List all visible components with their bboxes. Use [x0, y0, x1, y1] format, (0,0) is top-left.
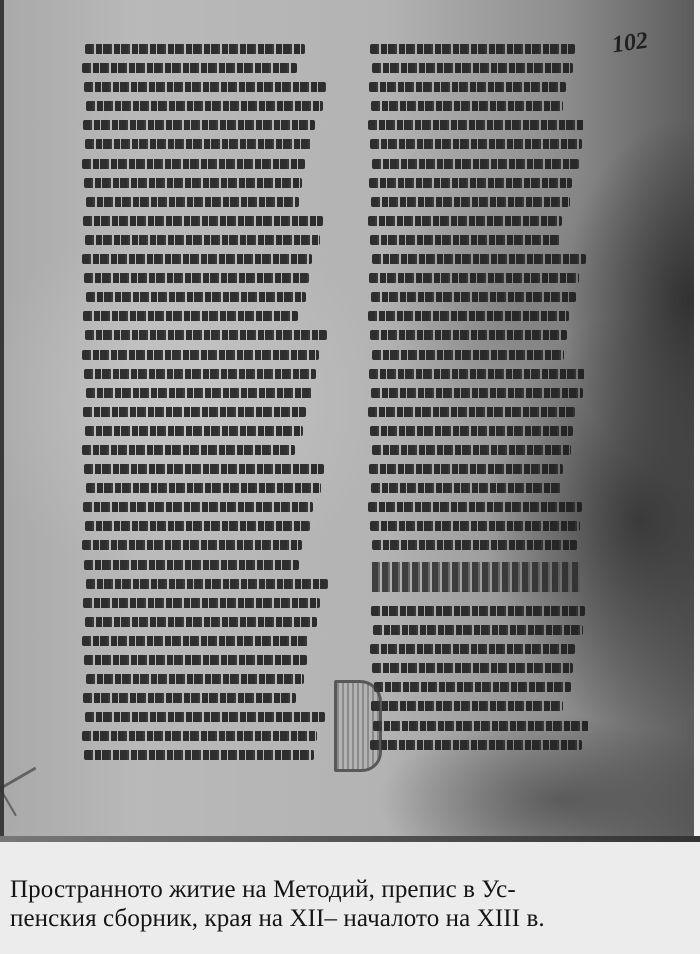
- folio-number: 102: [610, 28, 649, 60]
- manuscript-line: [368, 502, 582, 512]
- manuscript-photo: 102: [0, 0, 700, 842]
- manuscript-line: [85, 521, 310, 531]
- manuscript-line: [372, 63, 573, 73]
- manuscript-line: [368, 216, 562, 226]
- manuscript-line: [370, 426, 573, 436]
- photo-bottom-edge: [0, 836, 700, 842]
- manuscript-line: [85, 712, 325, 722]
- manuscript-line: [369, 464, 563, 474]
- manuscript-line: [82, 159, 305, 169]
- manuscript-line: [368, 311, 569, 321]
- manuscript-line: [86, 674, 304, 684]
- manuscript-line: [371, 292, 576, 302]
- photo-right-edge: [694, 0, 700, 842]
- manuscript-line: [83, 216, 323, 226]
- manuscript-line: [372, 254, 586, 264]
- manuscript-line: [374, 682, 571, 692]
- manuscript-line: [371, 101, 563, 111]
- manuscript-line: [83, 693, 296, 703]
- manuscript-line: [84, 178, 302, 188]
- figure-caption: Пространното житие на Методий, препис в …: [10, 875, 692, 933]
- manuscript-line: [368, 120, 584, 130]
- manuscript-line: [370, 139, 582, 149]
- manuscript-line: [372, 540, 577, 550]
- manuscript-line: [83, 598, 320, 608]
- manuscript-line: [372, 350, 564, 360]
- caption-line-1: Пространното житие на Методий, препис в …: [10, 875, 692, 904]
- manuscript-line: [370, 330, 567, 340]
- manuscript-line: [83, 502, 313, 512]
- manuscript-line: [85, 235, 320, 245]
- manuscript-line: [371, 388, 583, 398]
- manuscript-line: [82, 540, 302, 550]
- manuscript-line: [82, 63, 297, 73]
- manuscript-line: [368, 407, 575, 417]
- caption-line-2: пенския сборник, края на XII– началото н…: [10, 904, 692, 933]
- manuscript-line: [82, 636, 309, 646]
- right-text-column-bottom: [372, 606, 588, 759]
- manuscript-line: [373, 625, 583, 635]
- manuscript-line: [84, 369, 316, 379]
- manuscript-line: [372, 663, 573, 673]
- manuscript-line: [84, 273, 309, 283]
- manuscript-line: [369, 273, 579, 283]
- manuscript-line: [84, 82, 326, 92]
- manuscript-line: [370, 44, 575, 54]
- manuscript-line: [84, 750, 314, 760]
- manuscript-line: [371, 197, 570, 207]
- manuscript-line: [370, 235, 560, 245]
- manuscript-line: [85, 330, 327, 340]
- manuscript-line: [84, 464, 324, 474]
- manuscript-line: [86, 197, 299, 207]
- manuscript-line: [82, 254, 312, 264]
- manuscript-line: [85, 44, 305, 54]
- manuscript-line: [372, 159, 579, 169]
- decorated-initial-icon: [334, 680, 382, 772]
- manuscript-line: [82, 731, 317, 741]
- manuscript-line: [85, 139, 312, 149]
- manuscript-line: [85, 426, 303, 436]
- manuscript-line: [82, 350, 319, 360]
- manuscript-line: [83, 311, 298, 321]
- manuscript-line: [82, 445, 295, 455]
- manuscript-line: [370, 644, 575, 654]
- left-text-column: [84, 44, 326, 770]
- manuscript-line: [373, 721, 589, 731]
- manuscript-line: [369, 178, 572, 188]
- manuscript-line: [84, 560, 299, 570]
- manuscript-line: [372, 445, 571, 455]
- manuscript-line: [371, 483, 561, 493]
- photo-left-edge: [0, 0, 4, 842]
- right-text-column-top: [370, 44, 586, 560]
- manuscript-line: [86, 579, 328, 589]
- manuscript-line: [84, 655, 307, 665]
- manuscript-line: [369, 369, 585, 379]
- manuscript-line: [83, 120, 315, 130]
- manuscript-line: [371, 701, 563, 711]
- manuscript-line: [370, 521, 580, 531]
- manuscript-line: [85, 617, 317, 627]
- manuscript-line: [86, 101, 323, 111]
- manuscript-line: [369, 82, 566, 92]
- manuscript-line: [370, 740, 582, 750]
- manuscript-line: [371, 606, 585, 616]
- ornamental-heading: [372, 562, 582, 592]
- manuscript-line: [86, 292, 306, 302]
- marginal-scribble: [0, 767, 51, 817]
- manuscript-line: [83, 407, 306, 417]
- manuscript-line: [86, 483, 321, 493]
- manuscript-line: [86, 388, 313, 398]
